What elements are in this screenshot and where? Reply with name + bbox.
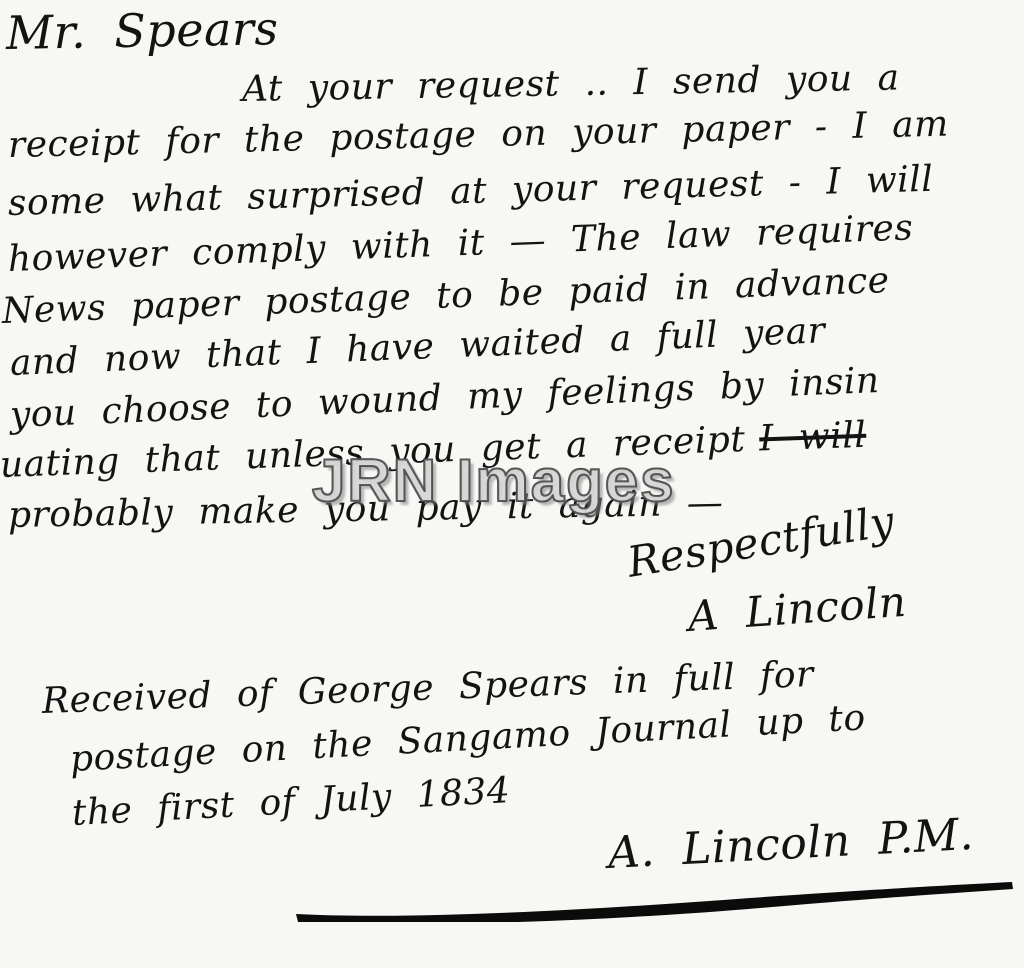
letter-scan-page: Mr. Spears At your request .. I send you… [0, 0, 1024, 968]
salutation: Mr. Spears [6, 3, 279, 58]
receipt-line-3: the first of July 1834 [71, 771, 511, 834]
handwritten-line-9: probably make you pay it again — [8, 484, 724, 536]
handwritten-line-2: receipt for the postage on your paper - … [8, 105, 950, 166]
letter-signature: A Lincoln [686, 579, 908, 640]
signature-flourish-underline [290, 872, 1020, 922]
struck-out-text: I will [759, 415, 867, 460]
handwritten-line-1: At your request .. I send you a [242, 59, 900, 110]
receipt-signature: A. Lincoln P.M. [607, 811, 975, 878]
